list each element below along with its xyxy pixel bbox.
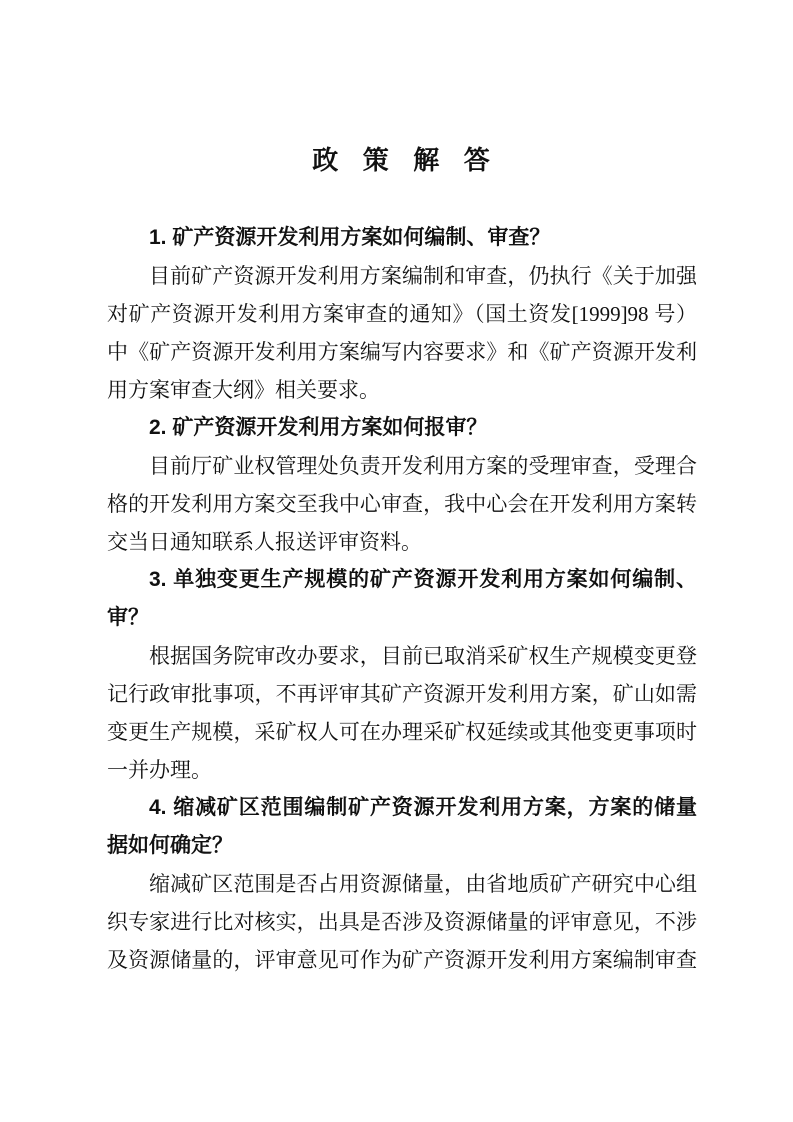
answer-line: 交当日通知联系人报送评审资料。 (107, 523, 697, 561)
question-line: 1. 矿产资源开发利用方案如何编制、审查？ (107, 219, 697, 257)
answer-line: 中《矿产资源开发利用方案编写内容要求》和《矿产资源开发利 (107, 333, 697, 371)
answer-line: 缩减矿区范围是否占用资源储量，由省地质矿产研究中心组 (107, 865, 697, 903)
answer-line: 用方案审查大纲》相关要求。 (107, 371, 697, 409)
document-page: 政 策 解 答 1. 矿产资源开发利用方案如何编制、审查？目前矿产资源开发利用方… (0, 0, 793, 1122)
answer-line: 根据国务院审改办要求，目前已取消采矿权生产规模变更登 (107, 637, 697, 675)
question-line: 审？ (107, 599, 697, 637)
answer-line: 对矿产资源开发利用方案审查的通知》（国土资发[1999]98 号） (107, 295, 697, 333)
answer-line: 记行政审批事项，不再评审其矿产资源开发利用方案，矿山如需 (107, 675, 697, 713)
answer-line: 格的开发利用方案交至我中心审查，我中心会在开发利用方案转 (107, 485, 697, 523)
answer-line: 目前矿产资源开发利用方案编制和审查，仍执行《关于加强 (107, 257, 697, 295)
answer-line: 目前厅矿业权管理处负责开发利用方案的受理审查，受理合 (107, 447, 697, 485)
page-title: 政 策 解 答 (107, 146, 697, 176)
question-line: 4. 缩减矿区范围编制矿产资源开发利用方案，方案的储量依 (107, 789, 697, 827)
answer-line: 一并办理。 (107, 751, 697, 789)
answer-line: 织专家进行比对核实，出具是否涉及资源储量的评审意见，不涉 (107, 903, 697, 941)
text-column: 政 策 解 答 1. 矿产资源开发利用方案如何编制、审查？目前矿产资源开发利用方… (107, 0, 697, 979)
question-line: 3. 单独变更生产规模的矿产资源开发利用方案如何编制、报 (107, 561, 697, 599)
question-line: 据如何确定？ (107, 827, 697, 865)
answer-line: 变更生产规模，采矿权人可在办理采矿权延续或其他变更事项时 (107, 713, 697, 751)
text-lines: 1. 矿产资源开发利用方案如何编制、审查？目前矿产资源开发利用方案编制和审查，仍… (107, 219, 697, 979)
question-line: 2. 矿产资源开发利用方案如何报审？ (107, 409, 697, 447)
answer-line: 及资源储量的，评审意见可作为矿产资源开发利用方案编制审查 (107, 941, 697, 979)
